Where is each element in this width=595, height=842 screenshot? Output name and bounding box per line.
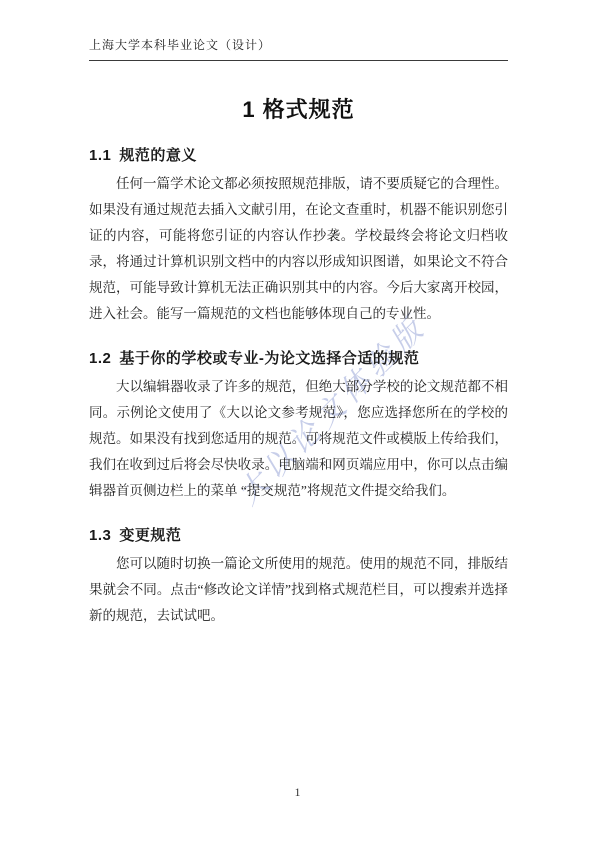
section-heading-label: 变更规范 bbox=[119, 527, 181, 544]
section-number: 1.3 bbox=[89, 527, 111, 544]
section-number: 1.2 bbox=[89, 350, 111, 367]
section-heading-1-3: 1.3变更规范 bbox=[89, 524, 508, 545]
section-heading-label: 规范的意义 bbox=[119, 147, 197, 164]
section-heading-label: 基于你的学校或专业-为论文选择合适的规范 bbox=[119, 350, 419, 367]
document-page: 大以论文体验版 上海大学本科毕业论文（设计） 1 格式规范 1.1规范的意义 任… bbox=[0, 0, 595, 842]
chapter-title: 1 格式规范 bbox=[89, 93, 508, 124]
section-heading-1-1: 1.1规范的意义 bbox=[89, 144, 508, 165]
paragraph: 您可以随时切换一篇论文所使用的规范。使用的规范不同，排版结果就会不同。点击“修改… bbox=[89, 551, 508, 629]
running-header: 上海大学本科毕业论文（设计） bbox=[89, 36, 508, 61]
page-number: 1 bbox=[0, 785, 595, 800]
section-number: 1.1 bbox=[89, 147, 111, 164]
section-heading-1-2: 1.2基于你的学校或专业-为论文选择合适的规范 bbox=[89, 347, 508, 368]
paragraph: 大以编辑器收录了许多的规范，但绝大部分学校的论文规范都不相同。示例论文使用了《大… bbox=[89, 374, 508, 504]
paragraph: 任何一篇学术论文都必须按照规范排版，请不要质疑它的合理性。如果没有通过规范去插入… bbox=[89, 171, 508, 327]
page-content: 上海大学本科毕业论文（设计） 1 格式规范 1.1规范的意义 任何一篇学术论文都… bbox=[89, 36, 508, 639]
